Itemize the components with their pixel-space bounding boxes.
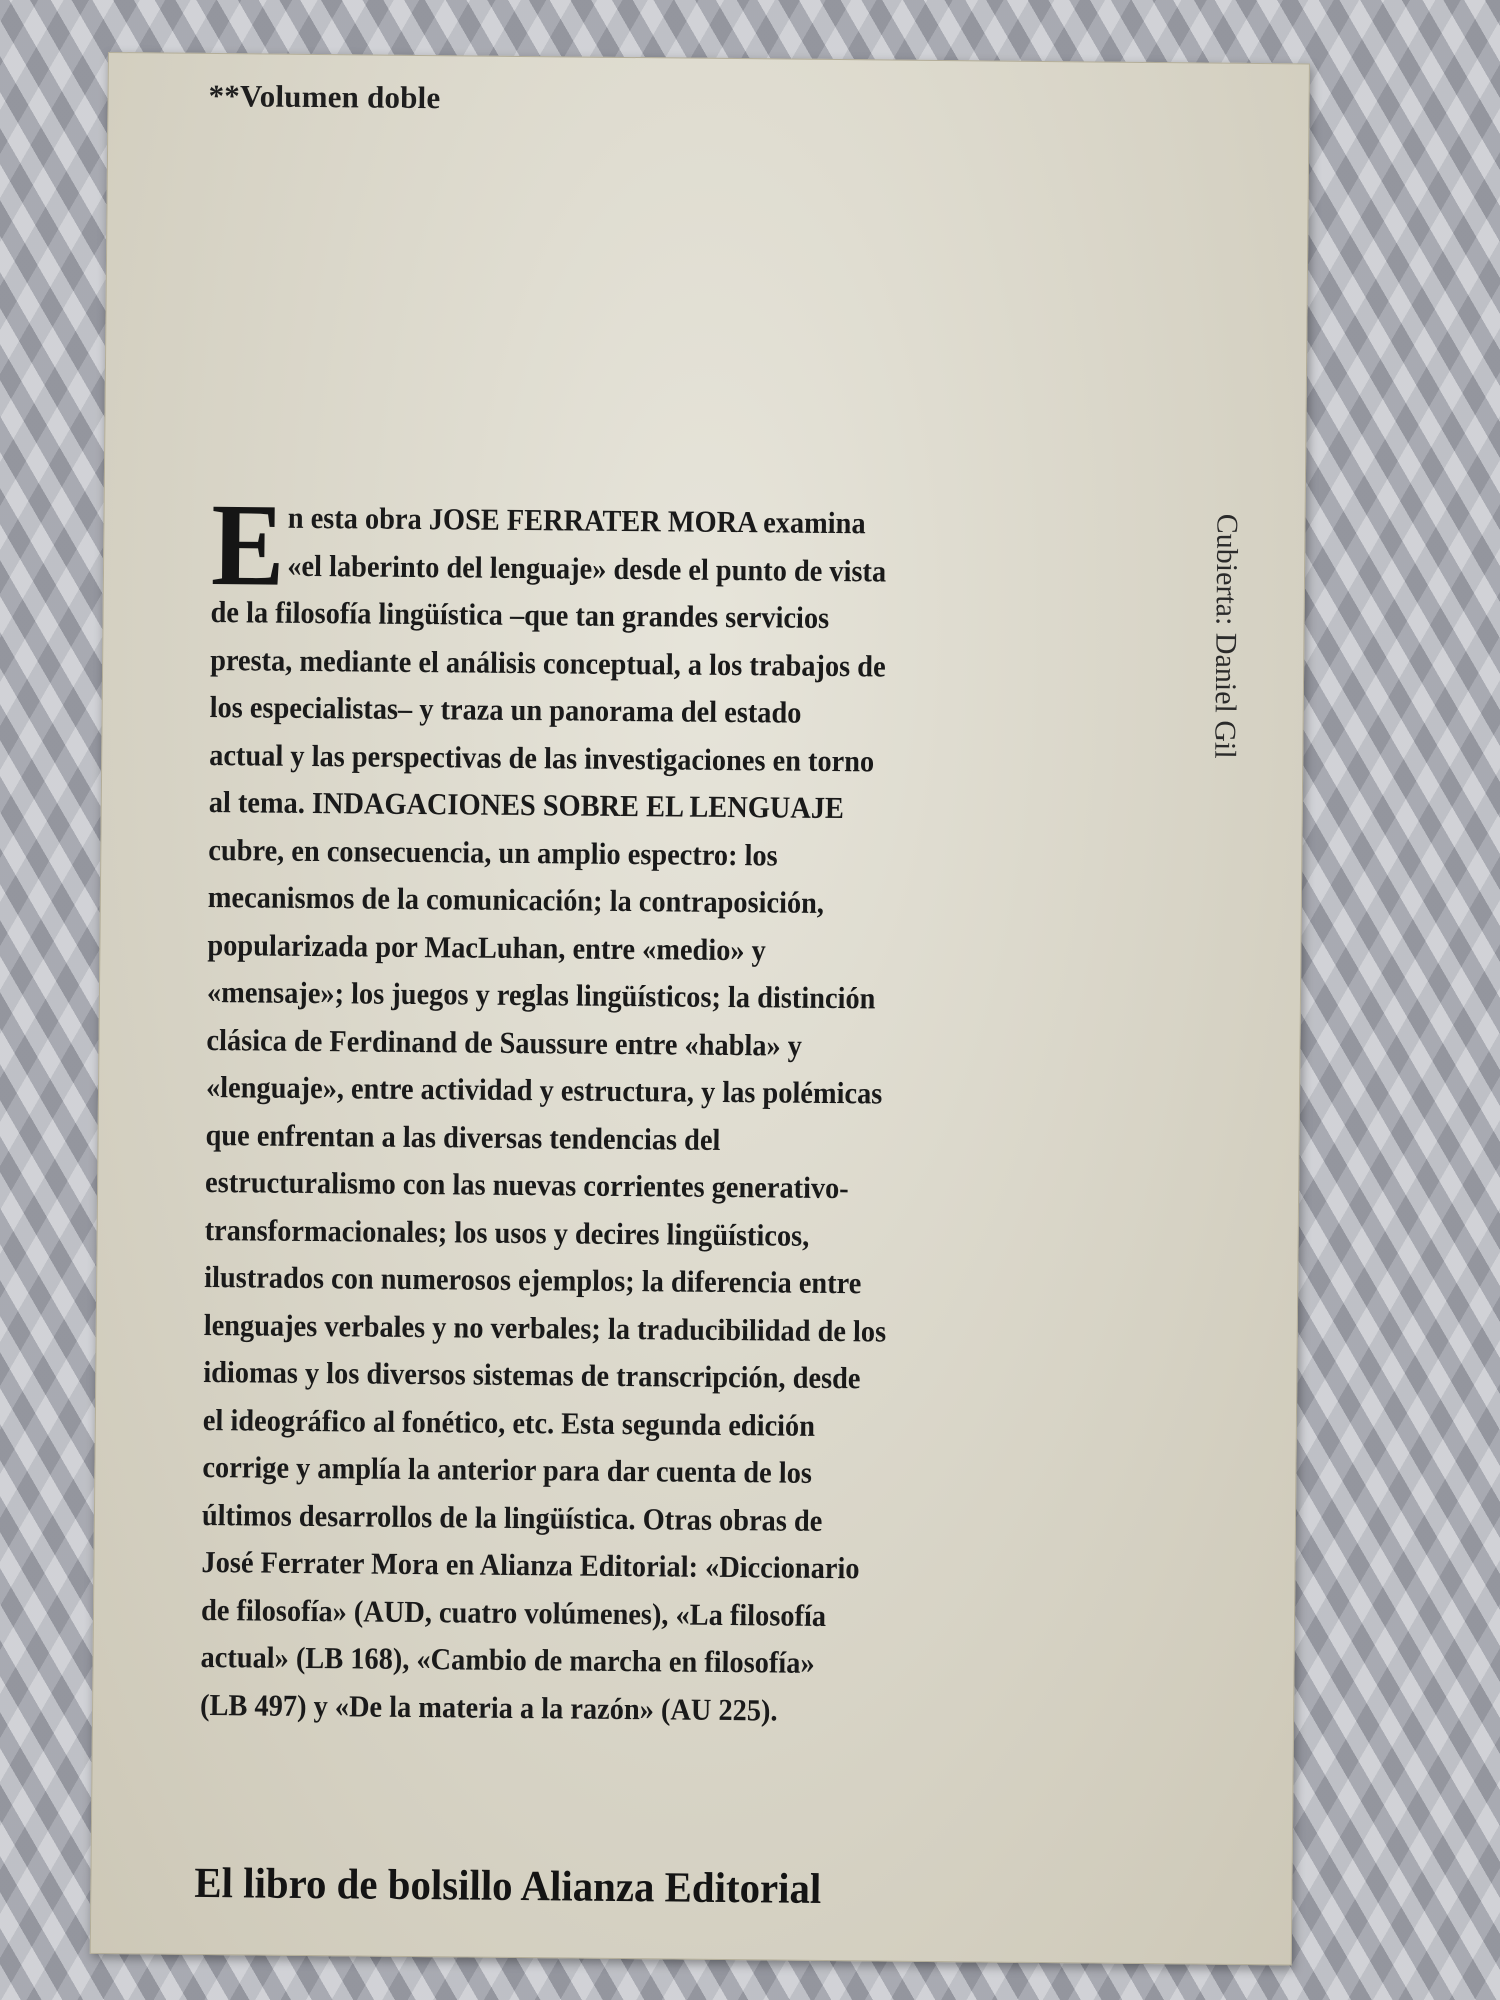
blurb-line: «lenguaje», entre actividad y estructura…: [206, 1064, 1043, 1120]
blurb-line: que enfrentan a las diversas tendencias …: [205, 1111, 1042, 1167]
blurb-line: n esta obra JOSE FERRATER MORA examina: [211, 494, 1048, 550]
blurb-line: cubre, en consecuencia, un amplio espect…: [208, 827, 1045, 883]
blurb-line: de filosofía» (AUD, cuatro volúmenes), «…: [201, 1586, 1038, 1642]
blurb-line: «mensaje»; los juegos y reglas lingüísti…: [207, 969, 1044, 1025]
blurb-line: (LB 497) y «De la materia a la razón» (A…: [200, 1681, 1037, 1737]
blurb-line: mecanismos de la comunicación; la contra…: [208, 874, 1045, 930]
blurb-line: idiomas y los diversos sistemas de trans…: [203, 1349, 1040, 1405]
blurb-line: de la filosofía lingüística –que tan gra…: [210, 589, 1047, 645]
blurb-line: ilustrados con numerosos ejemplos; la di…: [204, 1254, 1041, 1310]
drop-cap: E: [211, 499, 285, 592]
blurb-line: actual y las perspectivas de las investi…: [209, 732, 1046, 788]
cover-credit: Cubierta: Daniel Gil: [1207, 514, 1243, 759]
blurb-line: estructuralismo con las nuevas corriente…: [205, 1159, 1042, 1215]
volume-label: **Volumen doble: [208, 78, 440, 116]
blurb-line: lenguajes verbales y no verbales; la tra…: [204, 1301, 1041, 1357]
blurb-line: últimos desarrollos de la lingüística. O…: [202, 1491, 1039, 1547]
blurb-line: popularizada por MacLuhan, entre «medio»…: [207, 921, 1044, 977]
blurb-line: corrige y amplía la anterior para dar cu…: [202, 1444, 1039, 1500]
book-back-cover: **Volumen doble E n esta obra JOSE FERRA…: [90, 52, 1310, 1965]
blurb-line: transformacionales; los usos y decires l…: [204, 1206, 1041, 1262]
blurb-line: José Ferrater Mora en Alianza Editorial:…: [201, 1539, 1038, 1595]
blurb-line: actual» (LB 168), «Cambio de marcha en f…: [200, 1634, 1037, 1690]
blurb-text: E n esta obra JOSE FERRATER MORA examina…: [200, 494, 1049, 1737]
blurb-line: «el laberinto del lenguaje» desde el pun…: [211, 542, 1048, 598]
publisher-imprint: El libro de bolsillo Alianza Editorial: [194, 1859, 821, 1914]
blurb-line: el ideográfico al fonético, etc. Esta se…: [203, 1396, 1040, 1452]
blurb-line: al tema. INDAGACIONES SOBRE EL LENGUAJE: [209, 779, 1046, 835]
blurb-line: presta, mediante el análisis conceptual,…: [210, 637, 1047, 693]
blurb-line: clásica de Ferdinand de Saussure entre «…: [206, 1016, 1043, 1072]
blurb-line: los especialistas– y traza un panorama d…: [209, 684, 1046, 740]
